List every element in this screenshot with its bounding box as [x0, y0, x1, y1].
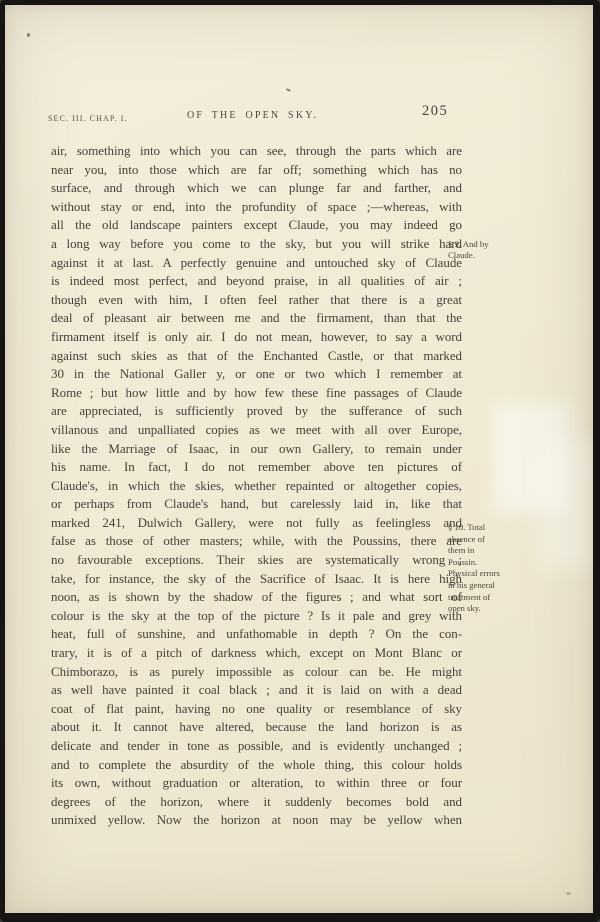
body-line: are appreciated, is sufficiently proved … — [51, 402, 462, 421]
margin-note-line: open sky. — [448, 603, 540, 615]
margin-note-10: § 10. Totalabsence ofthem inPoussin.Phys… — [448, 522, 540, 615]
body-line: firmament itself is only air. I do not m… — [51, 328, 462, 347]
body-line: against it at last. A perfectly genuine … — [51, 254, 462, 273]
body-line: and to complete the absurdity of the who… — [51, 756, 462, 775]
margin-note-line: Poussin. — [448, 557, 540, 569]
body-line: about it. It cannot have altered, becaus… — [51, 718, 462, 737]
margin-note-line: in his general — [448, 580, 540, 592]
body-line: Chimborazo, is as purely impossible as c… — [51, 663, 462, 682]
body-line: deal of pleasant air between me and the … — [51, 309, 462, 328]
scan-speck — [27, 33, 30, 37]
page-number: 205 — [422, 103, 448, 120]
body-line: like the Marriage of Isaac, in our own G… — [51, 440, 462, 459]
margin-note-line: § 9. And by — [448, 239, 540, 250]
body-line: a long way before you come to the sky, b… — [51, 235, 462, 254]
body-line: no favourable exceptions. Their skies ar… — [51, 551, 462, 570]
margin-note-line: treatment of — [448, 592, 540, 604]
body-line: as well have painted it coal black ; and… — [51, 681, 462, 700]
body-line: delicate and tender in tone as possible,… — [51, 737, 462, 756]
body-line: 30 in the National Galler y, or one or t… — [51, 365, 462, 384]
margin-note-line: § 10. Total — [448, 522, 540, 534]
margin-note-line: Physical errors — [448, 568, 540, 580]
running-head-title: OF THE OPEN SKY. — [187, 110, 318, 121]
body-line: heat, full of sunshine, and unfathomable… — [51, 625, 462, 644]
margin-note-9: § 9. And byClaude. — [448, 239, 540, 261]
body-line: though even with him, I often feel rathe… — [51, 291, 462, 310]
body-line: degrees of the horizon, where it suddenl… — [51, 793, 462, 812]
body-line: air, something into which you can see, t… — [51, 142, 462, 161]
body-line: its own, without graduation or alteratio… — [51, 774, 462, 793]
body-line: Rome ; but how little and by how few the… — [51, 384, 462, 403]
body-line: is indeed most perfect, and beyond prais… — [51, 272, 462, 291]
margin-note-line: Claude. — [448, 250, 540, 261]
body-line: trary, it is of a pitch of darkness whic… — [51, 644, 462, 663]
scan-fade-artifact — [493, 403, 571, 513]
body-line: near you, into those which are far off; … — [51, 161, 462, 180]
body-line: without stay or end, into the profundity… — [51, 198, 462, 217]
scan-speck — [566, 892, 571, 895]
running-head-section: SEC. III. CHAP. I. — [48, 114, 128, 123]
body-line: unmixed yellow. Now the horizon at noon … — [51, 811, 462, 830]
body-line: against such skies as that of the Enchan… — [51, 347, 462, 366]
body-line: all the old landscape painters except Cl… — [51, 216, 462, 235]
body-line: noon, as is shown by the shadow of the f… — [51, 588, 462, 607]
body-text: air, something into which you can see, t… — [51, 142, 462, 830]
body-line: take, for instance, the sky of the Sacri… — [51, 570, 462, 589]
body-line: or perhaps from Claude's hand, but carel… — [51, 495, 462, 514]
body-line: surface, and through which we can plunge… — [51, 179, 462, 198]
margin-note-line: absence of — [448, 534, 540, 546]
book-page: SEC. III. CHAP. I. OF THE OPEN SKY. 205 … — [0, 0, 600, 922]
body-line: his name. In fact, I do not remember abo… — [51, 458, 462, 477]
body-line: colour is the sky at the top of the pict… — [51, 607, 462, 626]
body-line: coat of flat paint, having no one qualit… — [51, 700, 462, 719]
body-line: marked 241, Dulwich Gallery, were not fu… — [51, 514, 462, 533]
margin-note-line: them in — [448, 545, 540, 557]
body-line: Claude's, in which the skies, whether re… — [51, 477, 462, 496]
body-line: false as those of other masters; while, … — [51, 532, 462, 551]
scan-fade-artifact — [540, 440, 600, 570]
body-line: villanous and unpalliated copies as we m… — [51, 421, 462, 440]
scan-speck — [286, 88, 291, 92]
